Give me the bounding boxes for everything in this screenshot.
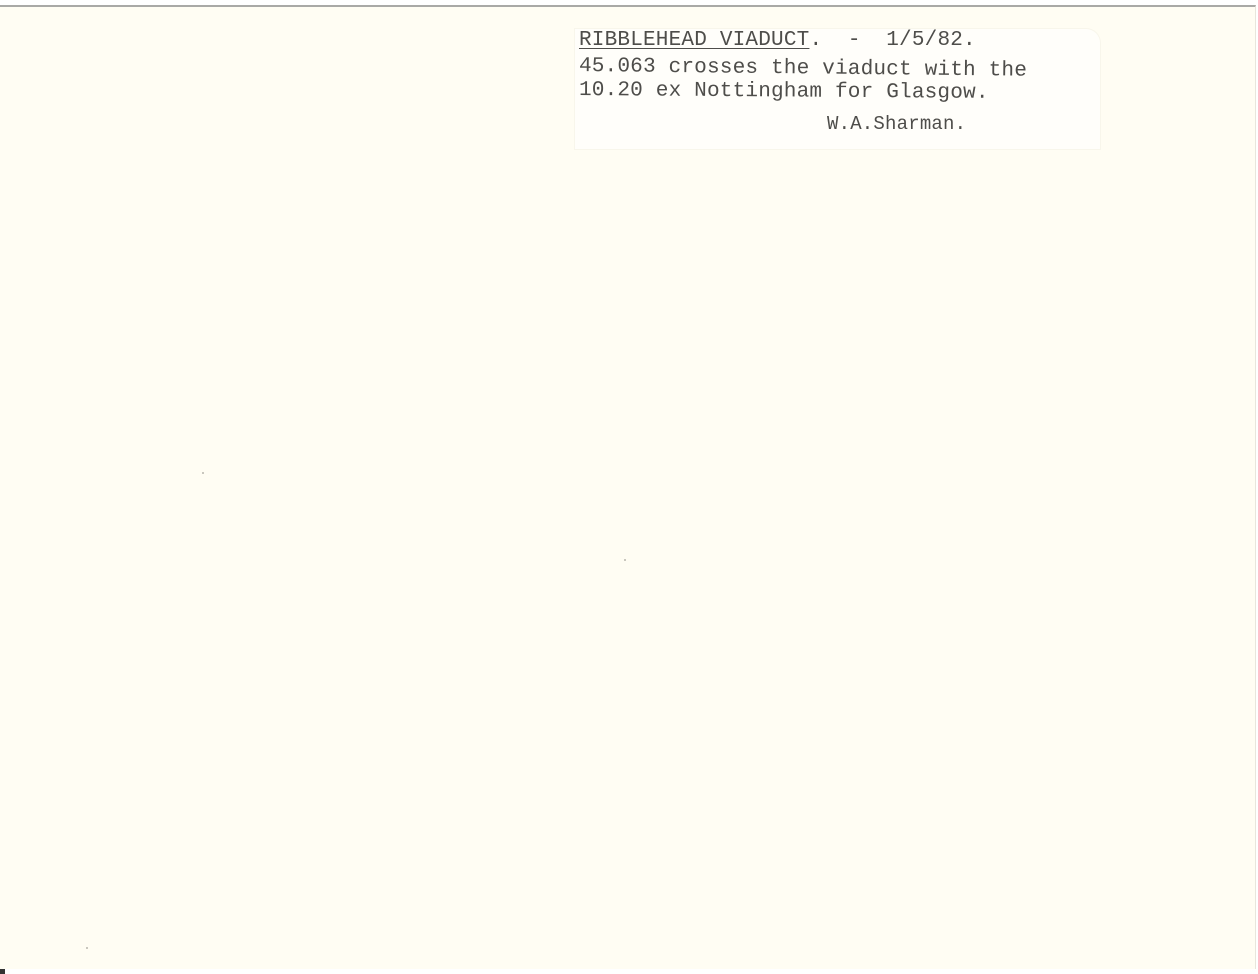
caption-title: RIBBLEHEAD VIADUCT <box>579 29 809 52</box>
caption-credit: W.A.Sharman. <box>827 113 966 135</box>
caption-date: . - 1/5/82. <box>809 29 975 52</box>
caption-label: RIBBLEHEAD VIADUCT. - 1/5/82. 45.063 cro… <box>575 29 1100 149</box>
caption-title-line: RIBBLEHEAD VIADUCT. - 1/5/82. <box>579 29 976 52</box>
scan-corner-mark <box>0 969 5 974</box>
paper-speck <box>624 559 626 561</box>
paper-speck <box>86 947 88 949</box>
caption-line-3: 10.20 ex Nottingham for Glasgow. <box>579 79 989 105</box>
paper-speck <box>202 472 204 474</box>
photo-back-sheet: RIBBLEHEAD VIADUCT. - 1/5/82. 45.063 cro… <box>0 5 1256 969</box>
